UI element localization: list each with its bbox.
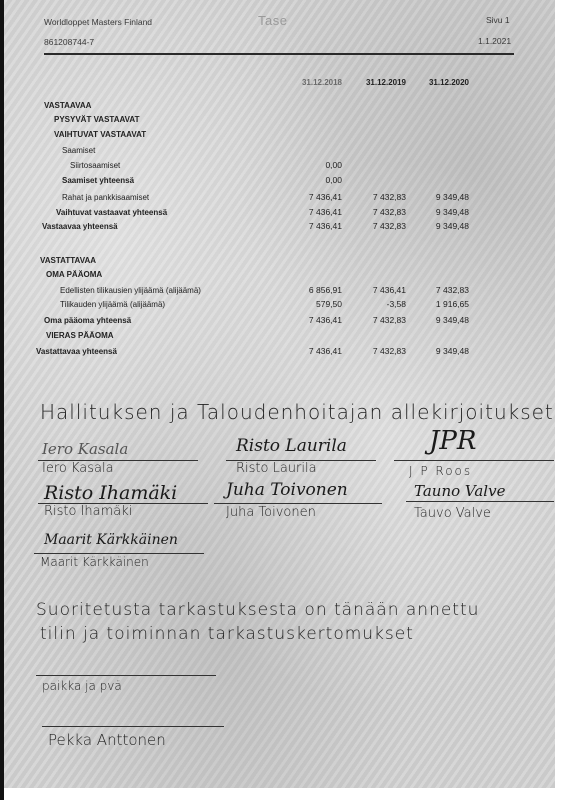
name-juha-toivonen: Juha Toivonen xyxy=(226,505,316,520)
signature-line xyxy=(406,501,554,502)
signature-line xyxy=(394,460,554,461)
row-value: 7 432,83 xyxy=(346,192,406,202)
row-label: Tilikauden ylijäämä (alijäämä) xyxy=(60,300,165,309)
row-label: Edellisten tilikausien ylijäämä (alijääm… xyxy=(60,286,201,295)
organization-name: Worldloppet Masters Finland xyxy=(44,17,152,27)
row-value: 7 432,83 xyxy=(346,207,406,217)
auditor-line xyxy=(42,726,224,727)
name-risto-ihamaki: Risto Ihamäki xyxy=(44,504,132,519)
section-liabilities: VASTATTAVAA xyxy=(40,256,96,265)
row-label: Saamiset xyxy=(62,146,95,155)
row-value: 0,00 xyxy=(282,175,342,185)
row-value: 7 432,83 xyxy=(346,221,406,231)
row-value: 7 436,41 xyxy=(282,207,342,217)
row-value: 6 856,91 xyxy=(282,285,342,295)
row-value: 7 436,41 xyxy=(346,285,406,295)
row-label: Vaihtuvat vastaavat yhteensä xyxy=(56,208,167,217)
document-date: 1.1.2021 xyxy=(478,36,511,46)
document-title: Tase xyxy=(258,13,287,28)
row-label: VAIHTUVAT VASTAAVAT xyxy=(54,130,146,139)
row-label: Saamiset yhteensä xyxy=(62,176,134,185)
signature-iero-kasala: Iero Kasala xyxy=(42,440,128,458)
signature-jp-roos: JPR xyxy=(429,426,477,456)
section-assets: VASTAAVAA xyxy=(44,101,91,110)
row-value: 9 349,48 xyxy=(409,192,469,202)
signature-tauno-valve: Tauno Valve xyxy=(414,482,505,500)
row-value: 7 432,83 xyxy=(346,315,406,325)
row-value: 0,00 xyxy=(282,160,342,170)
row-value: 7 436,41 xyxy=(282,192,342,202)
row-value: 1 916,65 xyxy=(409,299,469,309)
signature-risto-ihamaki: Risto Ihamäki xyxy=(44,482,177,504)
auditor-name: Pekka Anttonen xyxy=(48,731,166,749)
signature-line xyxy=(34,553,204,554)
row-value: 579,50 xyxy=(282,299,342,309)
name-tauvo-valve: Tauvo Valve xyxy=(414,506,491,521)
row-label: Rahat ja pankkisaamiset xyxy=(62,193,149,202)
audit-note-line-2: tilin ja toiminnan tarkastuskertomukset xyxy=(40,624,414,644)
row-label: Siirtosaamiset xyxy=(70,161,120,170)
row-value: 9 349,48 xyxy=(409,207,469,217)
row-value: 7 432,83 xyxy=(346,346,406,356)
row-value: 7 436,41 xyxy=(282,315,342,325)
row-label: PYSYVÄT VASTAAVAT xyxy=(54,115,140,124)
row-label: Oma pääoma yhteensä xyxy=(44,316,131,325)
row-value: 7 432,83 xyxy=(409,285,469,295)
scanned-document: Worldloppet Masters Finland 861208744-7 … xyxy=(4,0,555,788)
row-value: -3,58 xyxy=(346,299,406,309)
signature-line xyxy=(214,503,382,504)
row-value: 9 349,48 xyxy=(409,221,469,231)
signatures-heading: Hallituksen ja Taloudenhoitajan allekirj… xyxy=(40,400,554,424)
name-maarit-karkkainen: Maarit Kärkkäinen xyxy=(40,555,149,569)
column-header-2020: 31.12.2020 xyxy=(409,78,469,87)
audit-note-line-1: Suoritetusta tarkastuksesta on tänään an… xyxy=(36,600,479,620)
row-value: 7 436,41 xyxy=(282,346,342,356)
name-risto-laurila: Risto Laurila xyxy=(236,461,317,476)
row-label: OMA PÄÄOMA xyxy=(46,270,102,279)
business-id: 861208744-7 xyxy=(44,37,94,47)
row-value: 9 349,48 xyxy=(409,346,469,356)
column-header-2019: 31.12.2019 xyxy=(346,78,406,87)
header-rule xyxy=(44,53,514,55)
column-header-2018: 31.12.2018 xyxy=(282,78,342,87)
row-value: 7 436,41 xyxy=(282,221,342,231)
signature-risto-laurila: Risto Laurila xyxy=(236,436,347,456)
signature-juha-toivonen: Juha Toivonen xyxy=(226,480,348,500)
name-jp-roos: J P Roos xyxy=(409,464,472,478)
row-value: 9 349,48 xyxy=(409,315,469,325)
row-label: Vastattavaa yhteensä xyxy=(36,347,117,356)
name-iero-kasala: Iero Kasala xyxy=(42,461,114,476)
page-number: Sivu 1 xyxy=(486,15,510,25)
row-label: Vastaavaa yhteensä xyxy=(42,222,118,231)
place-date-line xyxy=(36,675,216,676)
row-label: VIERAS PÄÄOMA xyxy=(46,331,114,340)
signature-maarit-karkkainen: Maarit Kärkkäinen xyxy=(44,532,178,548)
place-date-label: paikka ja pvä xyxy=(42,679,122,693)
